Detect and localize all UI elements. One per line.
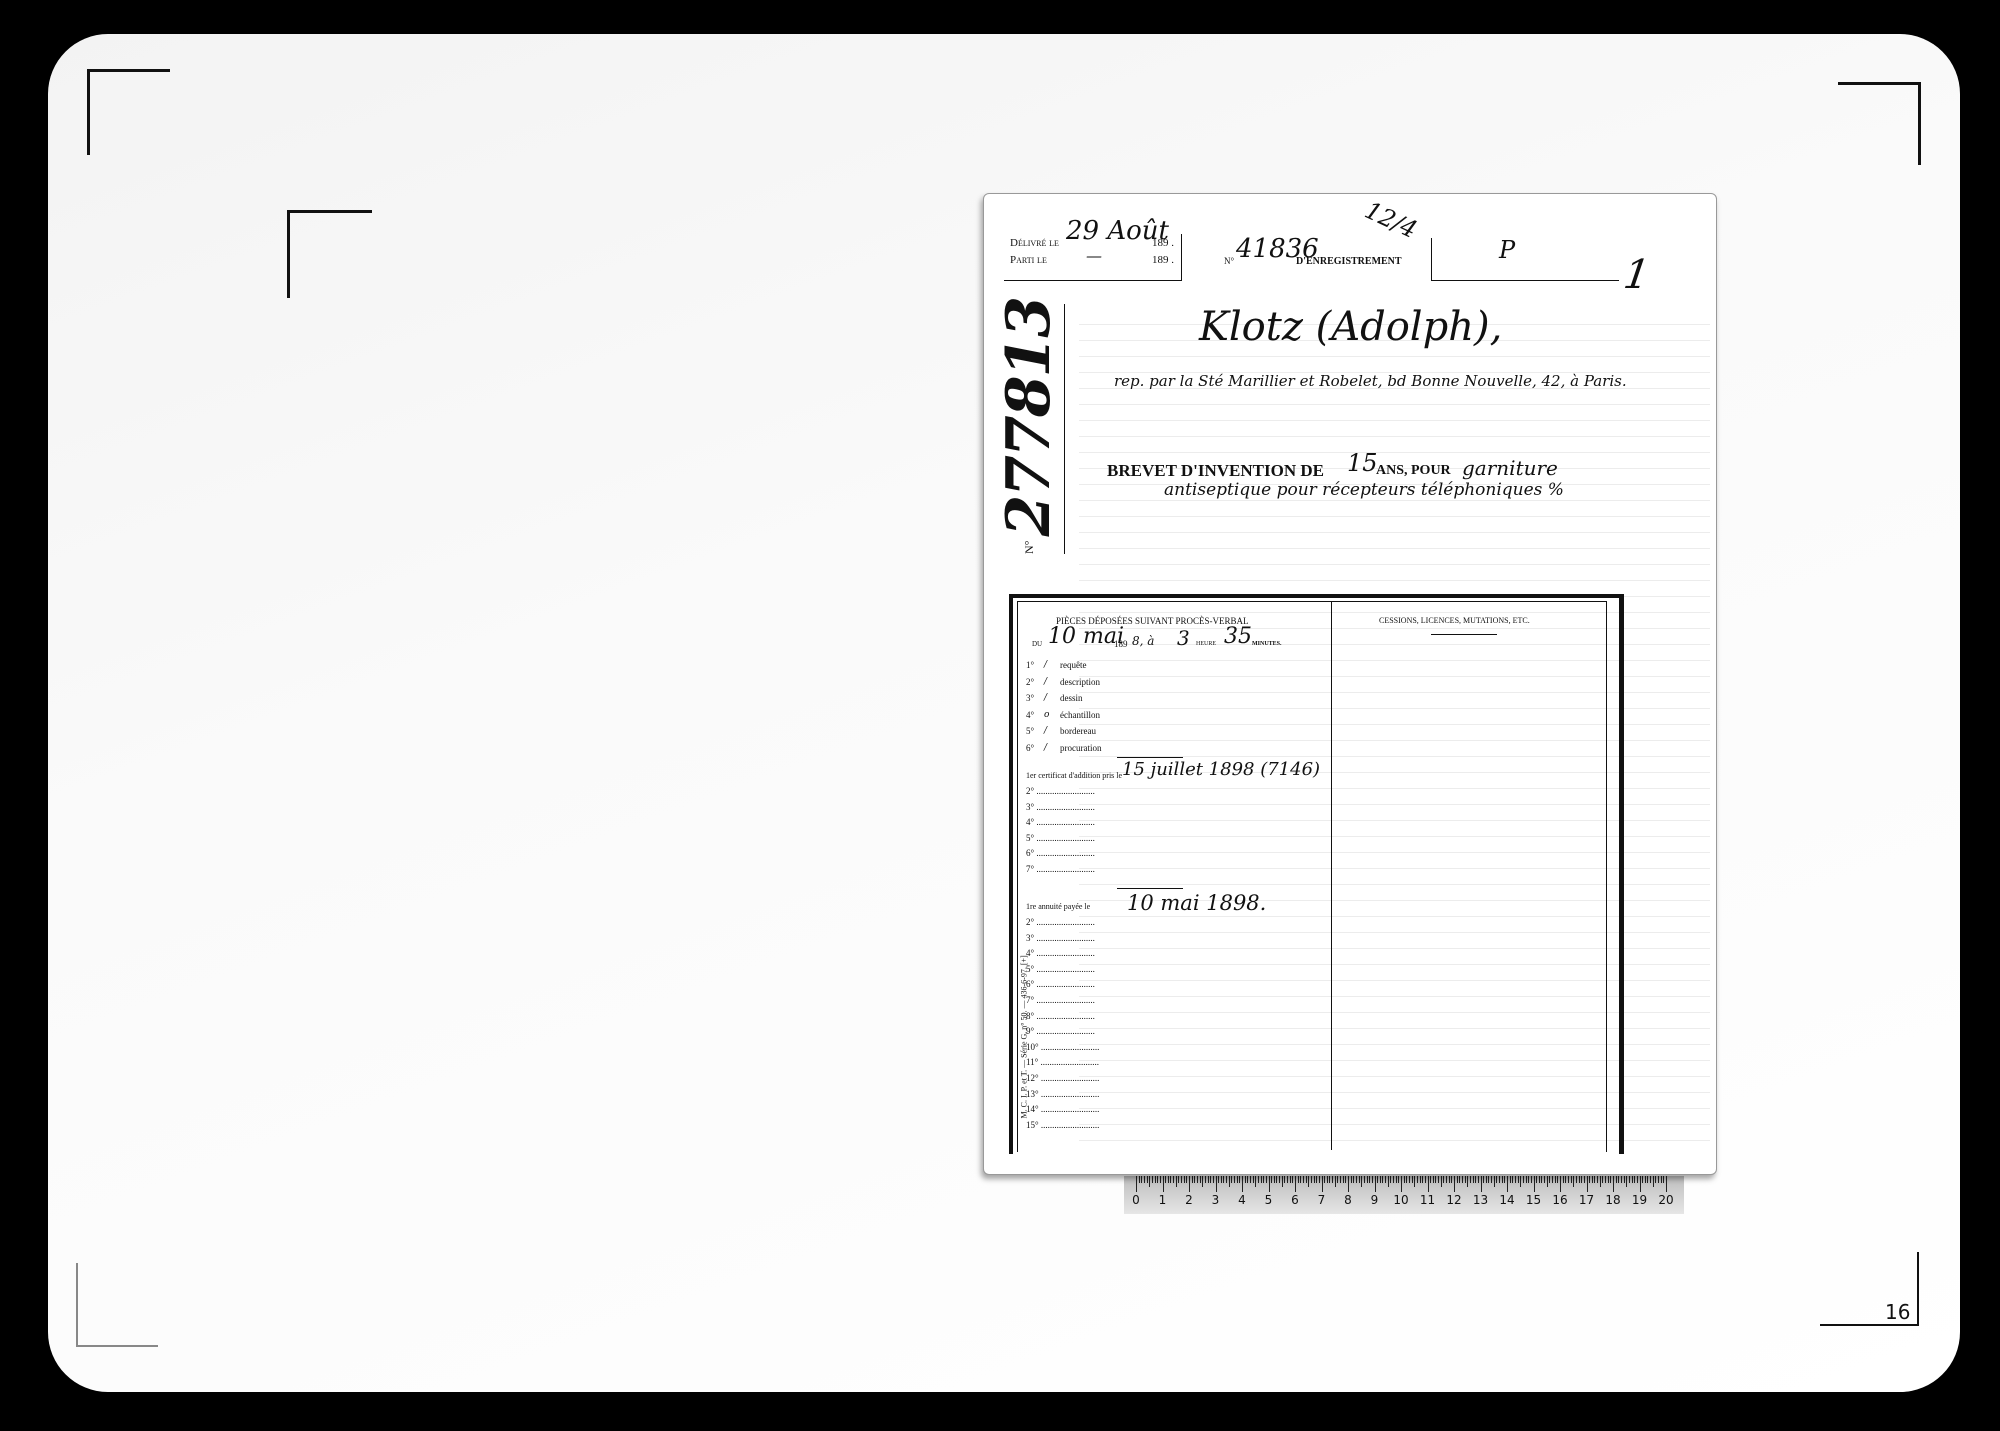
ruler-tick xyxy=(1539,1176,1540,1183)
ruler-tick xyxy=(1266,1176,1267,1183)
ruler-label: 11 xyxy=(1420,1193,1435,1207)
ruler-tick xyxy=(1308,1176,1309,1187)
dotted-row: 12° .......................... xyxy=(1026,1073,1099,1083)
piece-number: 4° xyxy=(1026,710,1034,720)
ruler-tick xyxy=(1359,1176,1360,1183)
ruler-tick xyxy=(1276,1176,1277,1183)
ruler-tick xyxy=(1640,1176,1641,1192)
ruler-tick xyxy=(1632,1176,1633,1183)
ruler-tick xyxy=(1587,1176,1588,1192)
ruler-tick xyxy=(1481,1176,1482,1192)
registration-prefix: N° xyxy=(1224,256,1234,266)
dotted-row: 4° .......................... xyxy=(1026,817,1095,827)
dotted-row: 9° .......................... xyxy=(1026,1026,1095,1036)
ruler-tick xyxy=(1239,1176,1240,1183)
ruler-tick xyxy=(1221,1176,1222,1183)
patent-number: 277813 xyxy=(994,298,1064,537)
ruler-tick xyxy=(1420,1176,1421,1183)
dotted-row: 4° .......................... xyxy=(1026,948,1095,958)
certificate-label: 1er certificat d'addition pris le xyxy=(1026,771,1122,780)
ruler-label: 2 xyxy=(1185,1193,1193,1207)
dotted-row: 13° .......................... xyxy=(1026,1089,1099,1099)
dotted-row: 11° .......................... xyxy=(1026,1057,1099,1067)
ruler-tick xyxy=(1345,1176,1346,1183)
ruler-tick xyxy=(1602,1176,1603,1183)
measurement-ruler: 01234567891011121314151617181920 xyxy=(1124,1176,1684,1214)
ruler-tick xyxy=(1160,1176,1161,1183)
ruler-tick xyxy=(1504,1176,1505,1183)
ruler-tick xyxy=(1502,1176,1503,1183)
ruler-tick xyxy=(1194,1176,1195,1183)
ruler-tick xyxy=(1210,1176,1211,1183)
ruler-tick xyxy=(1314,1176,1315,1183)
dotted-row: 10° .......................... xyxy=(1026,1042,1099,1052)
ruler-tick xyxy=(1189,1176,1190,1192)
patent-number-prefix: N° xyxy=(1022,541,1037,554)
ruler-tick xyxy=(1653,1176,1654,1187)
ruler-tick xyxy=(1438,1176,1439,1183)
dotted-row: 5° .......................... xyxy=(1026,964,1095,974)
ruler-tick xyxy=(1327,1176,1328,1183)
dotted-row: 8° .......................... xyxy=(1026,1011,1095,1021)
ruler-tick xyxy=(1253,1176,1254,1183)
certificate-value: 15 juillet 1898 (7146) xyxy=(1122,759,1320,780)
ruler-tick xyxy=(1507,1176,1508,1192)
ruler-tick xyxy=(1356,1176,1357,1183)
ruler-tick xyxy=(1298,1176,1299,1183)
ruler-tick xyxy=(1136,1176,1137,1192)
ruler-tick xyxy=(1443,1176,1444,1183)
ruler-tick xyxy=(1433,1176,1434,1183)
ruler-tick xyxy=(1594,1176,1595,1183)
ruler-tick xyxy=(1271,1176,1272,1183)
ruler-tick xyxy=(1393,1176,1394,1183)
ruler-tick xyxy=(1555,1176,1556,1183)
dotted-row: 3° .......................... xyxy=(1026,933,1095,943)
ruler-tick xyxy=(1353,1176,1354,1183)
ruler-tick xyxy=(1208,1176,1209,1183)
ruler-tick xyxy=(1316,1176,1317,1183)
ruler-tick xyxy=(1282,1176,1283,1187)
piece-mark: / xyxy=(1044,677,1047,687)
pieces-date-prefix: DU xyxy=(1032,640,1042,648)
piece-number: 2° xyxy=(1026,677,1034,687)
ruler-tick xyxy=(1223,1176,1224,1183)
ruler-tick xyxy=(1579,1176,1580,1183)
ruler-tick xyxy=(1242,1176,1243,1192)
ruler-tick xyxy=(1197,1176,1198,1183)
ruler-tick xyxy=(1287,1176,1288,1183)
ruler-tick xyxy=(1139,1176,1140,1183)
ruler-tick xyxy=(1348,1176,1349,1192)
ruler-tick xyxy=(1658,1176,1659,1183)
ruler-tick xyxy=(1560,1176,1561,1192)
piece-label: procuration xyxy=(1060,743,1101,753)
ruler-tick xyxy=(1216,1176,1217,1192)
ruler-tick xyxy=(1192,1176,1193,1183)
ruler-tick xyxy=(1576,1176,1577,1183)
ruler-tick xyxy=(1462,1176,1463,1183)
ruler-tick xyxy=(1375,1176,1376,1192)
ruler-tick xyxy=(1515,1176,1516,1183)
ruler-label: 16 xyxy=(1552,1193,1567,1207)
ruler-tick xyxy=(1149,1176,1150,1187)
ruler-tick xyxy=(1250,1176,1251,1183)
ruler-tick xyxy=(1608,1176,1609,1183)
ruler-tick xyxy=(1626,1176,1627,1187)
ruler-label: 18 xyxy=(1605,1193,1620,1207)
ruler-label: 20 xyxy=(1658,1193,1673,1207)
ruler-tick xyxy=(1422,1176,1423,1183)
patent-register-sheet: Délivré le 29 Août 189 . Parti le — 189 … xyxy=(983,193,1717,1175)
ruler-tick xyxy=(1621,1176,1622,1183)
ruler-tick xyxy=(1343,1176,1344,1183)
dotted-row: 2° .......................... xyxy=(1026,917,1095,927)
piece-label: dessin xyxy=(1060,693,1083,703)
pieces-minutes-value: 35 xyxy=(1224,624,1252,649)
ruler-tick xyxy=(1163,1176,1164,1192)
ruler-tick xyxy=(1213,1176,1214,1183)
ruler-tick xyxy=(1549,1176,1550,1183)
ruler-tick xyxy=(1552,1176,1553,1183)
ruler-tick xyxy=(1499,1176,1500,1183)
ruler-label: 6 xyxy=(1291,1193,1299,1207)
ruler-tick xyxy=(1279,1176,1280,1183)
piece-mark: / xyxy=(1044,743,1047,753)
ruler-tick xyxy=(1531,1176,1532,1183)
ruler-tick xyxy=(1494,1176,1495,1187)
dotted-row: 6° .......................... xyxy=(1026,979,1095,989)
ruler-tick xyxy=(1414,1176,1415,1187)
ruler-tick xyxy=(1544,1176,1545,1183)
ruler-label: 0 xyxy=(1132,1193,1140,1207)
ruler-tick xyxy=(1234,1176,1235,1183)
ruler-tick xyxy=(1435,1176,1436,1183)
ruler-tick xyxy=(1478,1176,1479,1183)
ruler-tick xyxy=(1377,1176,1378,1183)
piece-mark: o xyxy=(1044,710,1049,720)
ruler-tick xyxy=(1157,1176,1158,1183)
ruler-tick xyxy=(1409,1176,1410,1183)
ruler-tick xyxy=(1255,1176,1256,1187)
crop-mark-top-left-inner xyxy=(287,210,372,298)
ruler-tick xyxy=(1380,1176,1381,1183)
cessions-heading: CESSIONS, LICENCES, MUTATIONS, ETC. xyxy=(1379,616,1530,625)
ruler-tick xyxy=(1624,1176,1625,1183)
ruler-tick xyxy=(1557,1176,1558,1183)
ruler-tick xyxy=(1173,1176,1174,1183)
piece-label: bordereau xyxy=(1060,726,1096,736)
ruler-tick xyxy=(1581,1176,1582,1183)
ruler-tick xyxy=(1247,1176,1248,1183)
ruler-tick xyxy=(1568,1176,1569,1183)
ruler-label: 7 xyxy=(1318,1193,1326,1207)
ruler-label: 5 xyxy=(1265,1193,1273,1207)
ruler-tick xyxy=(1496,1176,1497,1183)
ruler-tick xyxy=(1303,1176,1304,1183)
annuity-label: 1re annuité payée le xyxy=(1026,902,1090,911)
ruler-tick xyxy=(1261,1176,1262,1183)
delivered-box-side xyxy=(1181,234,1182,280)
ruler-tick xyxy=(1473,1176,1474,1183)
ruler-tick xyxy=(1398,1176,1399,1183)
dotted-row: 6° .......................... xyxy=(1026,848,1095,858)
ruler-tick xyxy=(1385,1176,1386,1183)
ruler-tick xyxy=(1526,1176,1527,1183)
annuity-value: 10 mai 1898. xyxy=(1127,891,1266,915)
ruler-tick xyxy=(1404,1176,1405,1183)
ruler-tick xyxy=(1446,1176,1447,1183)
ruler-tick xyxy=(1465,1176,1466,1183)
pieces-year-value: 8, à xyxy=(1132,634,1154,648)
ruler-tick xyxy=(1573,1176,1574,1187)
ruler-tick xyxy=(1322,1176,1323,1192)
ruler-label: 12 xyxy=(1446,1193,1461,1207)
dotted-row: 3° .......................... xyxy=(1026,802,1095,812)
ruler-tick xyxy=(1663,1176,1664,1183)
ruler-label: 13 xyxy=(1473,1193,1488,1207)
register-table-inner xyxy=(1017,601,1607,1152)
box-mark-frame xyxy=(1431,238,1619,281)
ruler-tick xyxy=(1369,1176,1370,1183)
registration-label: D'ENREGISTREMENT xyxy=(1296,256,1402,267)
ruler-tick xyxy=(1269,1176,1270,1192)
delivered-box-rule xyxy=(1004,280,1182,281)
ruler-tick xyxy=(1401,1176,1402,1192)
ruler-tick xyxy=(1237,1176,1238,1183)
dotted-row: 2° .......................... xyxy=(1026,786,1095,796)
piece-mark: / xyxy=(1044,693,1047,703)
ruler-tick xyxy=(1584,1176,1585,1183)
ruler-label: 14 xyxy=(1499,1193,1514,1207)
ruler-tick xyxy=(1141,1176,1142,1183)
dotted-row: 7° .......................... xyxy=(1026,995,1095,1005)
ruler-tick xyxy=(1226,1176,1227,1183)
ruler-tick xyxy=(1655,1176,1656,1183)
ruler-tick xyxy=(1547,1176,1548,1187)
ruler-tick xyxy=(1372,1176,1373,1183)
ruler-tick xyxy=(1486,1176,1487,1183)
departed-value: — xyxy=(1086,246,1102,265)
ruler-tick xyxy=(1319,1176,1320,1183)
ruler-tick xyxy=(1441,1176,1442,1187)
pieces-date-value: 10 mai xyxy=(1048,624,1124,649)
page-number: 16 xyxy=(1885,1300,1910,1324)
ruler-tick xyxy=(1610,1176,1611,1183)
annotation-top: 12/4 xyxy=(1361,196,1422,244)
piece-label: description xyxy=(1060,677,1100,687)
ruler-tick xyxy=(1258,1176,1259,1183)
dotted-row: 15° .......................... xyxy=(1026,1120,1099,1130)
ruler-tick xyxy=(1152,1176,1153,1183)
ruler-tick xyxy=(1597,1176,1598,1183)
ruler-tick xyxy=(1364,1176,1365,1183)
ruler-tick xyxy=(1475,1176,1476,1183)
ruler-tick xyxy=(1202,1176,1203,1187)
ruler-tick xyxy=(1181,1176,1182,1183)
patent-number-divider xyxy=(1064,304,1065,554)
ruler-tick xyxy=(1592,1176,1593,1183)
ruler-label: 19 xyxy=(1632,1193,1647,1207)
crop-mark-top-right xyxy=(1838,82,1921,165)
ruler-tick xyxy=(1329,1176,1330,1183)
cessions-separator xyxy=(1431,634,1497,635)
dotted-row: 7° .......................... xyxy=(1026,864,1095,874)
ruler-tick xyxy=(1534,1176,1535,1192)
delivered-label: Délivré le xyxy=(1010,237,1059,249)
ruler-tick xyxy=(1324,1176,1325,1183)
ruler-tick xyxy=(1589,1176,1590,1183)
ruler-tick xyxy=(1205,1176,1206,1183)
ruler-label: 17 xyxy=(1579,1193,1594,1207)
ruler-tick xyxy=(1176,1176,1177,1187)
ruler-tick xyxy=(1170,1176,1171,1183)
ruler-tick xyxy=(1367,1176,1368,1183)
ruler-tick xyxy=(1396,1176,1397,1183)
ruler-tick xyxy=(1263,1176,1264,1183)
ruler-tick xyxy=(1637,1176,1638,1183)
patent-title-prefix: BREVET D'INVENTION DE xyxy=(1107,461,1324,481)
ruler-tick xyxy=(1425,1176,1426,1183)
piece-label: échantillon xyxy=(1060,710,1100,720)
ruler-label: 15 xyxy=(1526,1193,1541,1207)
ruler-tick xyxy=(1231,1176,1232,1183)
ruler-tick xyxy=(1454,1176,1455,1192)
ruler-tick xyxy=(1520,1176,1521,1187)
ruler-tick xyxy=(1488,1176,1489,1183)
piece-mark: / xyxy=(1044,660,1047,670)
ruler-tick xyxy=(1337,1176,1338,1183)
pieces-hour-value: 3 xyxy=(1177,626,1190,650)
ruler-tick xyxy=(1417,1176,1418,1183)
ruler-tick xyxy=(1290,1176,1291,1183)
dotted-row: 14° .......................... xyxy=(1026,1104,1099,1114)
patent-title-mid: ANS, POUR xyxy=(1376,463,1451,479)
ruler-tick xyxy=(1274,1176,1275,1183)
ruler-tick xyxy=(1430,1176,1431,1183)
ruler-tick xyxy=(1510,1176,1511,1183)
departed-year: 189 . xyxy=(1152,254,1174,266)
ruler-tick xyxy=(1178,1176,1179,1183)
piece-number: 1° xyxy=(1026,660,1034,670)
ruler-tick xyxy=(1541,1176,1542,1183)
ruler-tick xyxy=(1295,1176,1296,1192)
ruler-tick xyxy=(1616,1176,1617,1183)
ruler-tick xyxy=(1512,1176,1513,1183)
ruler-label: 1 xyxy=(1159,1193,1167,1207)
ruler-tick xyxy=(1647,1176,1648,1183)
ruler-tick xyxy=(1618,1176,1619,1183)
ruler-tick xyxy=(1650,1176,1651,1183)
ruler-tick xyxy=(1306,1176,1307,1183)
ruler-label: 4 xyxy=(1238,1193,1246,1207)
ruler-tick xyxy=(1518,1176,1519,1183)
ruler-tick xyxy=(1642,1176,1643,1183)
ruler-tick xyxy=(1245,1176,1246,1183)
ruler-tick xyxy=(1340,1176,1341,1183)
ruler-tick xyxy=(1351,1176,1352,1183)
ruler-tick xyxy=(1335,1176,1336,1187)
ruler-label: 3 xyxy=(1212,1193,1220,1207)
ruler-tick xyxy=(1613,1176,1614,1192)
ruler-tick xyxy=(1661,1176,1662,1183)
ruler-label: 9 xyxy=(1371,1193,1379,1207)
right-mark: 1 xyxy=(1621,252,1653,298)
ruler-tick xyxy=(1428,1176,1429,1192)
annuity-separator xyxy=(1117,888,1183,889)
ruler-tick xyxy=(1361,1176,1362,1187)
ruler-tick xyxy=(1388,1176,1389,1187)
box-mark: P xyxy=(1499,236,1515,264)
ruler-tick xyxy=(1332,1176,1333,1183)
ruler-tick xyxy=(1292,1176,1293,1183)
ruler-tick xyxy=(1229,1176,1230,1187)
ruler-tick xyxy=(1412,1176,1413,1183)
applicant-representation: rep. par la Sté Marillier et Robelet, bd… xyxy=(1114,372,1627,390)
piece-number: 6° xyxy=(1026,743,1034,753)
ruler-tick xyxy=(1605,1176,1606,1183)
ruler-tick xyxy=(1645,1176,1646,1183)
ruler-tick xyxy=(1144,1176,1145,1183)
delivered-year: 189 . xyxy=(1152,237,1174,249)
ruler-tick xyxy=(1634,1176,1635,1183)
ruler-tick xyxy=(1218,1176,1219,1183)
ruler-tick xyxy=(1523,1176,1524,1183)
pieces-year-label: 189 xyxy=(1114,639,1128,649)
ruler-tick xyxy=(1186,1176,1187,1183)
departed-label: Parti le xyxy=(1010,254,1047,266)
ruler-tick xyxy=(1536,1176,1537,1183)
pieces-hour-label: HEURE xyxy=(1196,641,1216,647)
ruler-tick xyxy=(1406,1176,1407,1183)
ruler-tick xyxy=(1528,1176,1529,1183)
patent-title-years: 15 xyxy=(1347,449,1378,477)
piece-label: requête xyxy=(1060,660,1086,670)
ruler-tick xyxy=(1300,1176,1301,1183)
ruler-tick xyxy=(1459,1176,1460,1183)
pieces-minutes-label: MINUTES. xyxy=(1252,641,1282,647)
ruler-tick xyxy=(1483,1176,1484,1183)
ruler-tick xyxy=(1390,1176,1391,1183)
applicant-name: Klotz (Adolph), xyxy=(1199,304,1502,350)
ruler-label: 8 xyxy=(1344,1193,1352,1207)
ruler-tick xyxy=(1467,1176,1468,1187)
ruler-label: 10 xyxy=(1393,1193,1408,1207)
ruler-tick xyxy=(1666,1176,1667,1192)
ruler-tick xyxy=(1165,1176,1166,1183)
ruler-tick xyxy=(1491,1176,1492,1183)
ruler-tick xyxy=(1571,1176,1572,1183)
piece-number: 5° xyxy=(1026,726,1034,736)
ruler-tick xyxy=(1382,1176,1383,1183)
ruler-tick xyxy=(1470,1176,1471,1183)
piece-number: 3° xyxy=(1026,693,1034,703)
piece-mark: / xyxy=(1044,726,1047,736)
ruler-tick xyxy=(1565,1176,1566,1183)
ruler-tick xyxy=(1629,1176,1630,1183)
ruler-tick xyxy=(1200,1176,1201,1183)
ruler-tick xyxy=(1155,1176,1156,1183)
crop-mark-bottom-left xyxy=(76,1263,158,1347)
patent-number-block: N° 277813 xyxy=(999,344,1059,554)
ruler-tick xyxy=(1311,1176,1312,1183)
patent-title-subject-line2: antiseptique pour récepteurs téléphoniqu… xyxy=(1164,480,1564,500)
column-divider xyxy=(1331,602,1332,1150)
ruler-tick xyxy=(1563,1176,1564,1183)
ruler-tick xyxy=(1449,1176,1450,1183)
ruler-tick xyxy=(1457,1176,1458,1183)
ruler-tick xyxy=(1184,1176,1185,1183)
